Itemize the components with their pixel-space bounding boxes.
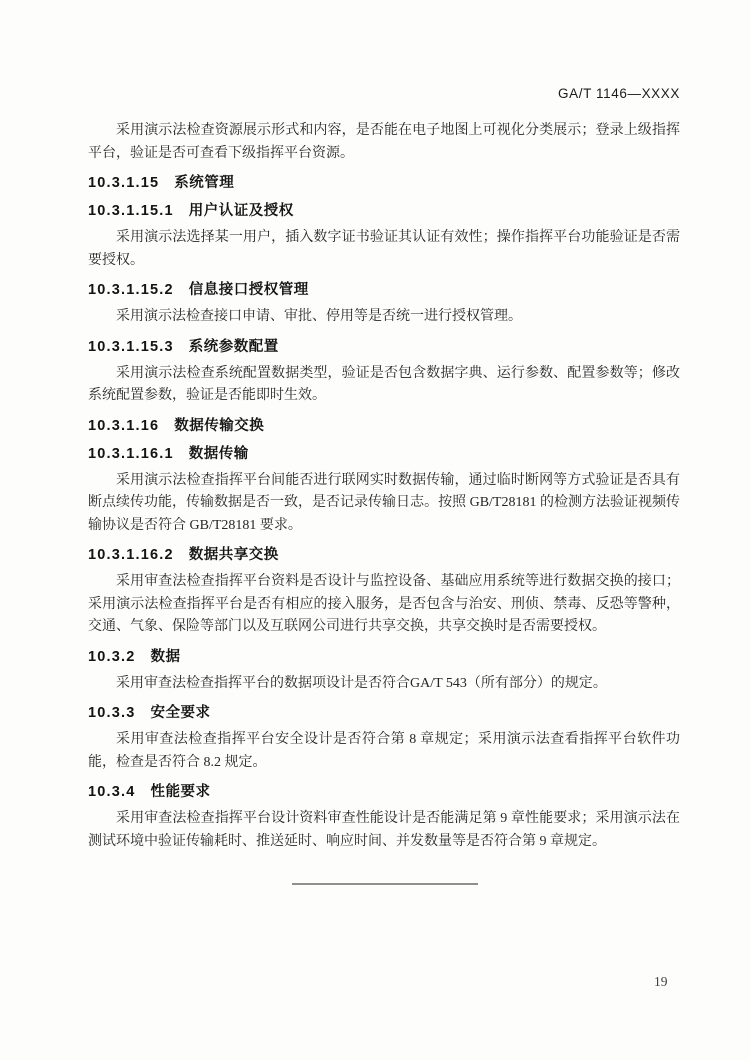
- doc-reference-header: GA/T 1146—XXXX: [558, 86, 680, 101]
- section-number: 10.3.1.16.2: [88, 547, 174, 563]
- section-title: 数据传输交换: [174, 418, 264, 434]
- section-title: 数据: [151, 649, 181, 665]
- section-number: 10.3.1.15.1: [88, 203, 174, 219]
- section-title: 系统管理: [174, 175, 234, 191]
- heading-10-3-3: 10.3.3安全要求: [88, 703, 680, 723]
- section-title: 系统参数配置: [189, 339, 279, 355]
- paragraph-performance-req: 采用审查法检查指挥平台设计资料审查性能设计是否能满足第 9 章性能要求；采用演示…: [88, 808, 680, 853]
- paragraph-user-auth: 采用演示法选择某一用户，插入数字证书验证其认证有效性；操作指挥平台功能验证是否需…: [88, 227, 680, 272]
- section-number: 10.3.4: [88, 784, 136, 800]
- section-number: 10.3.2: [88, 649, 136, 665]
- page-number: 19: [654, 974, 668, 990]
- heading-10-3-1-15-1: 10.3.1.15.1用户认证及授权: [88, 201, 680, 221]
- heading-10-3-1-16: 10.3.1.16数据传输交换: [88, 416, 680, 436]
- heading-10-3-1-16-1: 10.3.1.16.1数据传输: [88, 444, 680, 464]
- paragraph-data-items: 采用审查法检查指挥平台的数据项设计是否符合GA/T 543（所有部分）的规定。: [88, 673, 680, 696]
- paragraph-data-sharing: 采用审查法检查指挥平台资料是否设计与监控设备、基础应用系统等进行数据交换的接口；…: [88, 571, 680, 639]
- paragraph-data-transmission: 采用演示法检查指挥平台间能否进行联网实时数据传输，通过临时断网等方式验证是否具有…: [88, 470, 680, 538]
- section-number: 10.3.1.16.1: [88, 446, 174, 462]
- paragraph-resource-display: 采用演示法检查资源展示形式和内容，是否能在电子地图上可视化分类展示；登录上级指挥…: [88, 120, 680, 165]
- section-number: 10.3.1.15.3: [88, 339, 174, 355]
- heading-10-3-1-16-2: 10.3.1.16.2数据共享交换: [88, 545, 680, 565]
- section-number: 10.3.1.15.2: [88, 282, 174, 298]
- section-title: 数据传输: [189, 446, 249, 462]
- paragraph-security-req: 采用审查法检查指挥平台安全设计是否符合第 8 章规定；采用演示法查看指挥平台软件…: [88, 729, 680, 774]
- heading-10-3-2: 10.3.2数据: [88, 647, 680, 667]
- heading-10-3-1-15: 10.3.1.15系统管理: [88, 173, 680, 193]
- heading-10-3-4: 10.3.4性能要求: [88, 782, 680, 802]
- paragraph-interface-auth: 采用演示法检查接口申请、审批、停用等是否统一进行授权管理。: [88, 306, 680, 329]
- section-number: 10.3.1.15: [88, 175, 159, 191]
- section-number: 10.3.1.16: [88, 418, 159, 434]
- section-title: 用户认证及授权: [189, 203, 294, 219]
- section-title: 信息接口授权管理: [189, 282, 309, 298]
- section-title: 性能要求: [151, 784, 211, 800]
- document-body: 采用演示法检查资源展示形式和内容，是否能在电子地图上可视化分类展示；登录上级指挥…: [88, 120, 680, 859]
- heading-10-3-1-15-2: 10.3.1.15.2信息接口授权管理: [88, 280, 680, 300]
- paragraph-system-params: 采用演示法检查系统配置数据类型，验证是否包含数据字典、运行参数、配置参数等；修改…: [88, 363, 680, 408]
- section-end-divider: [292, 883, 478, 885]
- heading-10-3-1-15-3: 10.3.1.15.3系统参数配置: [88, 337, 680, 357]
- section-title: 数据共享交换: [189, 547, 279, 563]
- section-number: 10.3.3: [88, 705, 136, 721]
- section-title: 安全要求: [151, 705, 211, 721]
